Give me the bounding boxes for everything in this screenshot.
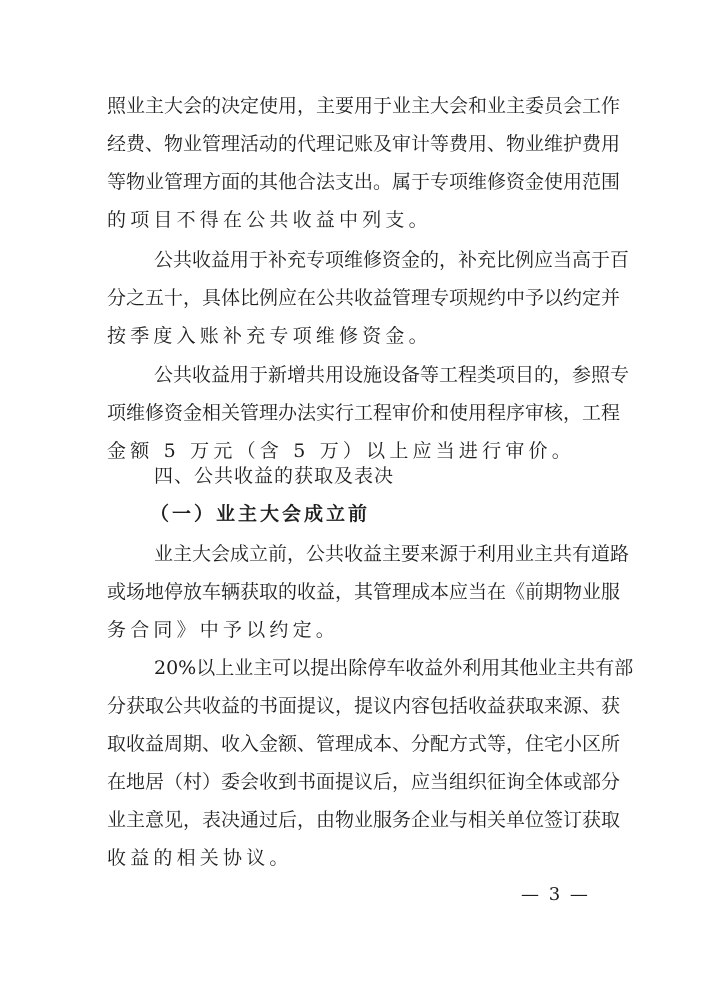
document-page: 照业主大会的决定使用，主要用于业主大会和业主委员会工作 经费、物业管理活动的代理…: [0, 0, 706, 1000]
body-line: 公共收益用于补充专项维修资金的，补充比例应当高于百: [154, 245, 598, 275]
body-line: 分获取公共收益的书面提议，提议内容包括收益获取来源、获: [107, 691, 598, 721]
body-line: 公共收益用于新增共用设施设备等工程类项目的，参照专: [154, 360, 598, 390]
body-line: 务合同》中予以约定。: [107, 615, 598, 645]
body-line: 在地居（村）委会收到书面提议后，应当组织征询全体或部分: [107, 767, 598, 797]
body-line: 取收益周期、收入金额、管理成本、分配方式等，住宅小区所: [107, 729, 598, 759]
body-line: 经费、物业管理活动的代理记账及审计等费用、物业维护费用: [107, 129, 598, 159]
body-line: 项维修资金相关管理办法实行工程审价和使用程序审核，工程: [107, 398, 598, 428]
body-line: 照业主大会的决定使用，主要用于业主大会和业主委员会工作: [107, 91, 598, 121]
body-line: 业主意见，表决通过后，由物业服务企业与相关单位签订获取: [107, 805, 598, 835]
body-line: 按季度入账补充专项维修资金。: [107, 321, 598, 351]
subsection-heading: （一）业主大会成立前: [150, 499, 370, 529]
section-heading: 四、公共收益的获取及表决: [154, 461, 394, 491]
body-line: 或场地停放车辆获取的收益，其管理成本应当在《前期物业服: [107, 577, 598, 607]
body-line: 收益的相关协议。: [107, 843, 598, 873]
body-line: 20%以上业主可以提出除停车收益外利用其他业主共有部: [154, 653, 598, 683]
body-line: 分之五十，具体比例应在公共收益管理专项规约中予以约定并: [107, 283, 598, 313]
body-line: 等物业管理方面的其他合法支出。属于专项维修资金使用范围: [107, 167, 598, 197]
body-line: 业主大会成立前，公共收益主要来源于利用业主共有道路: [154, 539, 598, 569]
body-line: 的项目不得在公共收益中列支。: [107, 205, 598, 235]
page-number: — 3 —: [521, 880, 590, 910]
